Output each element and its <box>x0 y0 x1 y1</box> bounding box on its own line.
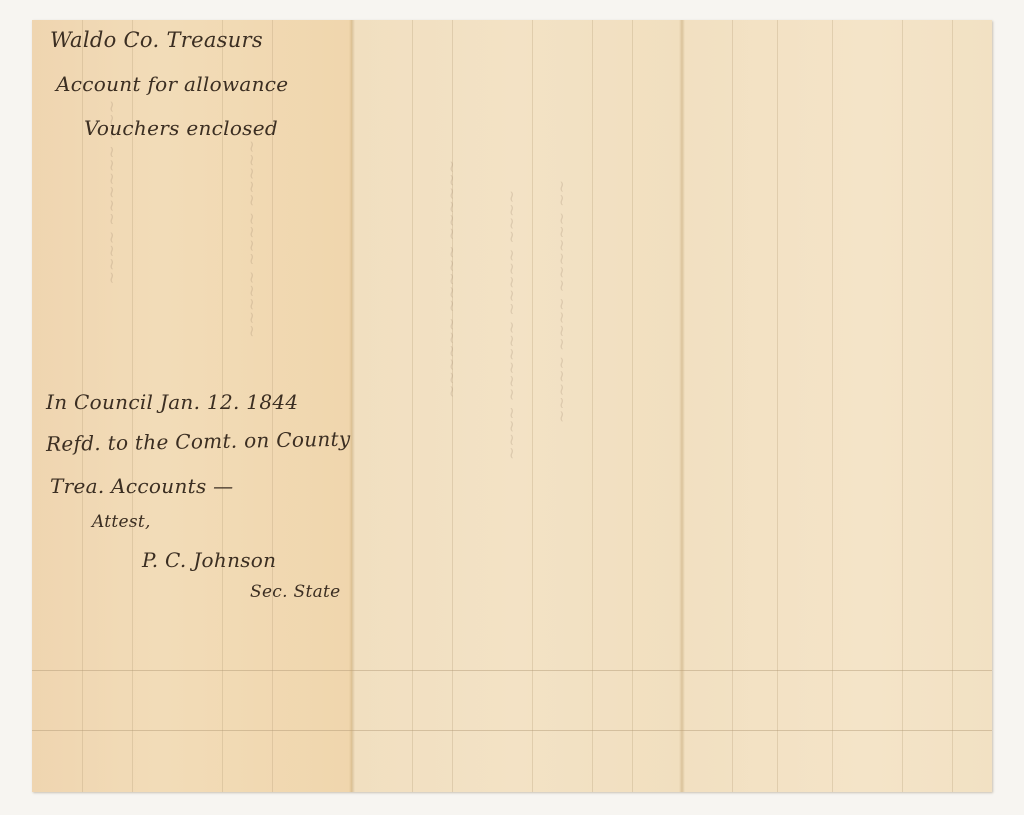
ledger-hrule <box>32 670 992 671</box>
signature: P. C. Johnson <box>142 548 276 572</box>
manuscript-sheet: ~~~~ ~~~~~~ ~~~ ~~~~~ ~~~~ ~~~~~ ~~~~~~ … <box>32 20 992 792</box>
ledger-rule <box>832 20 833 792</box>
signature-title: Sec. State <box>250 582 341 602</box>
endorsement-date-line: In Council Jan. 12. 1844 <box>46 390 298 414</box>
bleed-through-text: ~~~~~~ ~~~~~ ~~~~~~ <box>442 160 461 398</box>
attest-label: Attest, <box>92 512 151 532</box>
ledger-rule <box>777 20 778 792</box>
ledger-rule <box>632 20 633 792</box>
bleed-through-text: ~~~~~ ~~~~ ~~~~~ <box>242 140 261 338</box>
ledger-rule <box>952 20 953 792</box>
ledger-rule <box>412 20 413 792</box>
ledger-hrule <box>32 730 992 731</box>
docket-line-2: Account for allowance <box>56 72 288 96</box>
ledger-rule <box>452 20 453 792</box>
endorsement-committee-line: Trea. Accounts — <box>50 474 233 498</box>
docket-line-3: Vouchers enclosed <box>84 116 278 140</box>
ledger-rule <box>592 20 593 792</box>
ledger-rule <box>532 20 533 792</box>
right-fold-panel <box>682 20 992 792</box>
fold-crease <box>679 20 685 792</box>
bleed-through-text: ~~~~ ~~~~~~ ~~~~~ ~~~~ <box>502 190 521 460</box>
ledger-rule <box>902 20 903 792</box>
ledger-rule <box>732 20 733 792</box>
fold-crease <box>349 20 355 792</box>
bleed-through-text: ~~~~~ ~~~~ ~~~~~~ ~~ <box>552 180 571 423</box>
docket-line-1: Waldo Co. Treasurs <box>50 28 263 52</box>
